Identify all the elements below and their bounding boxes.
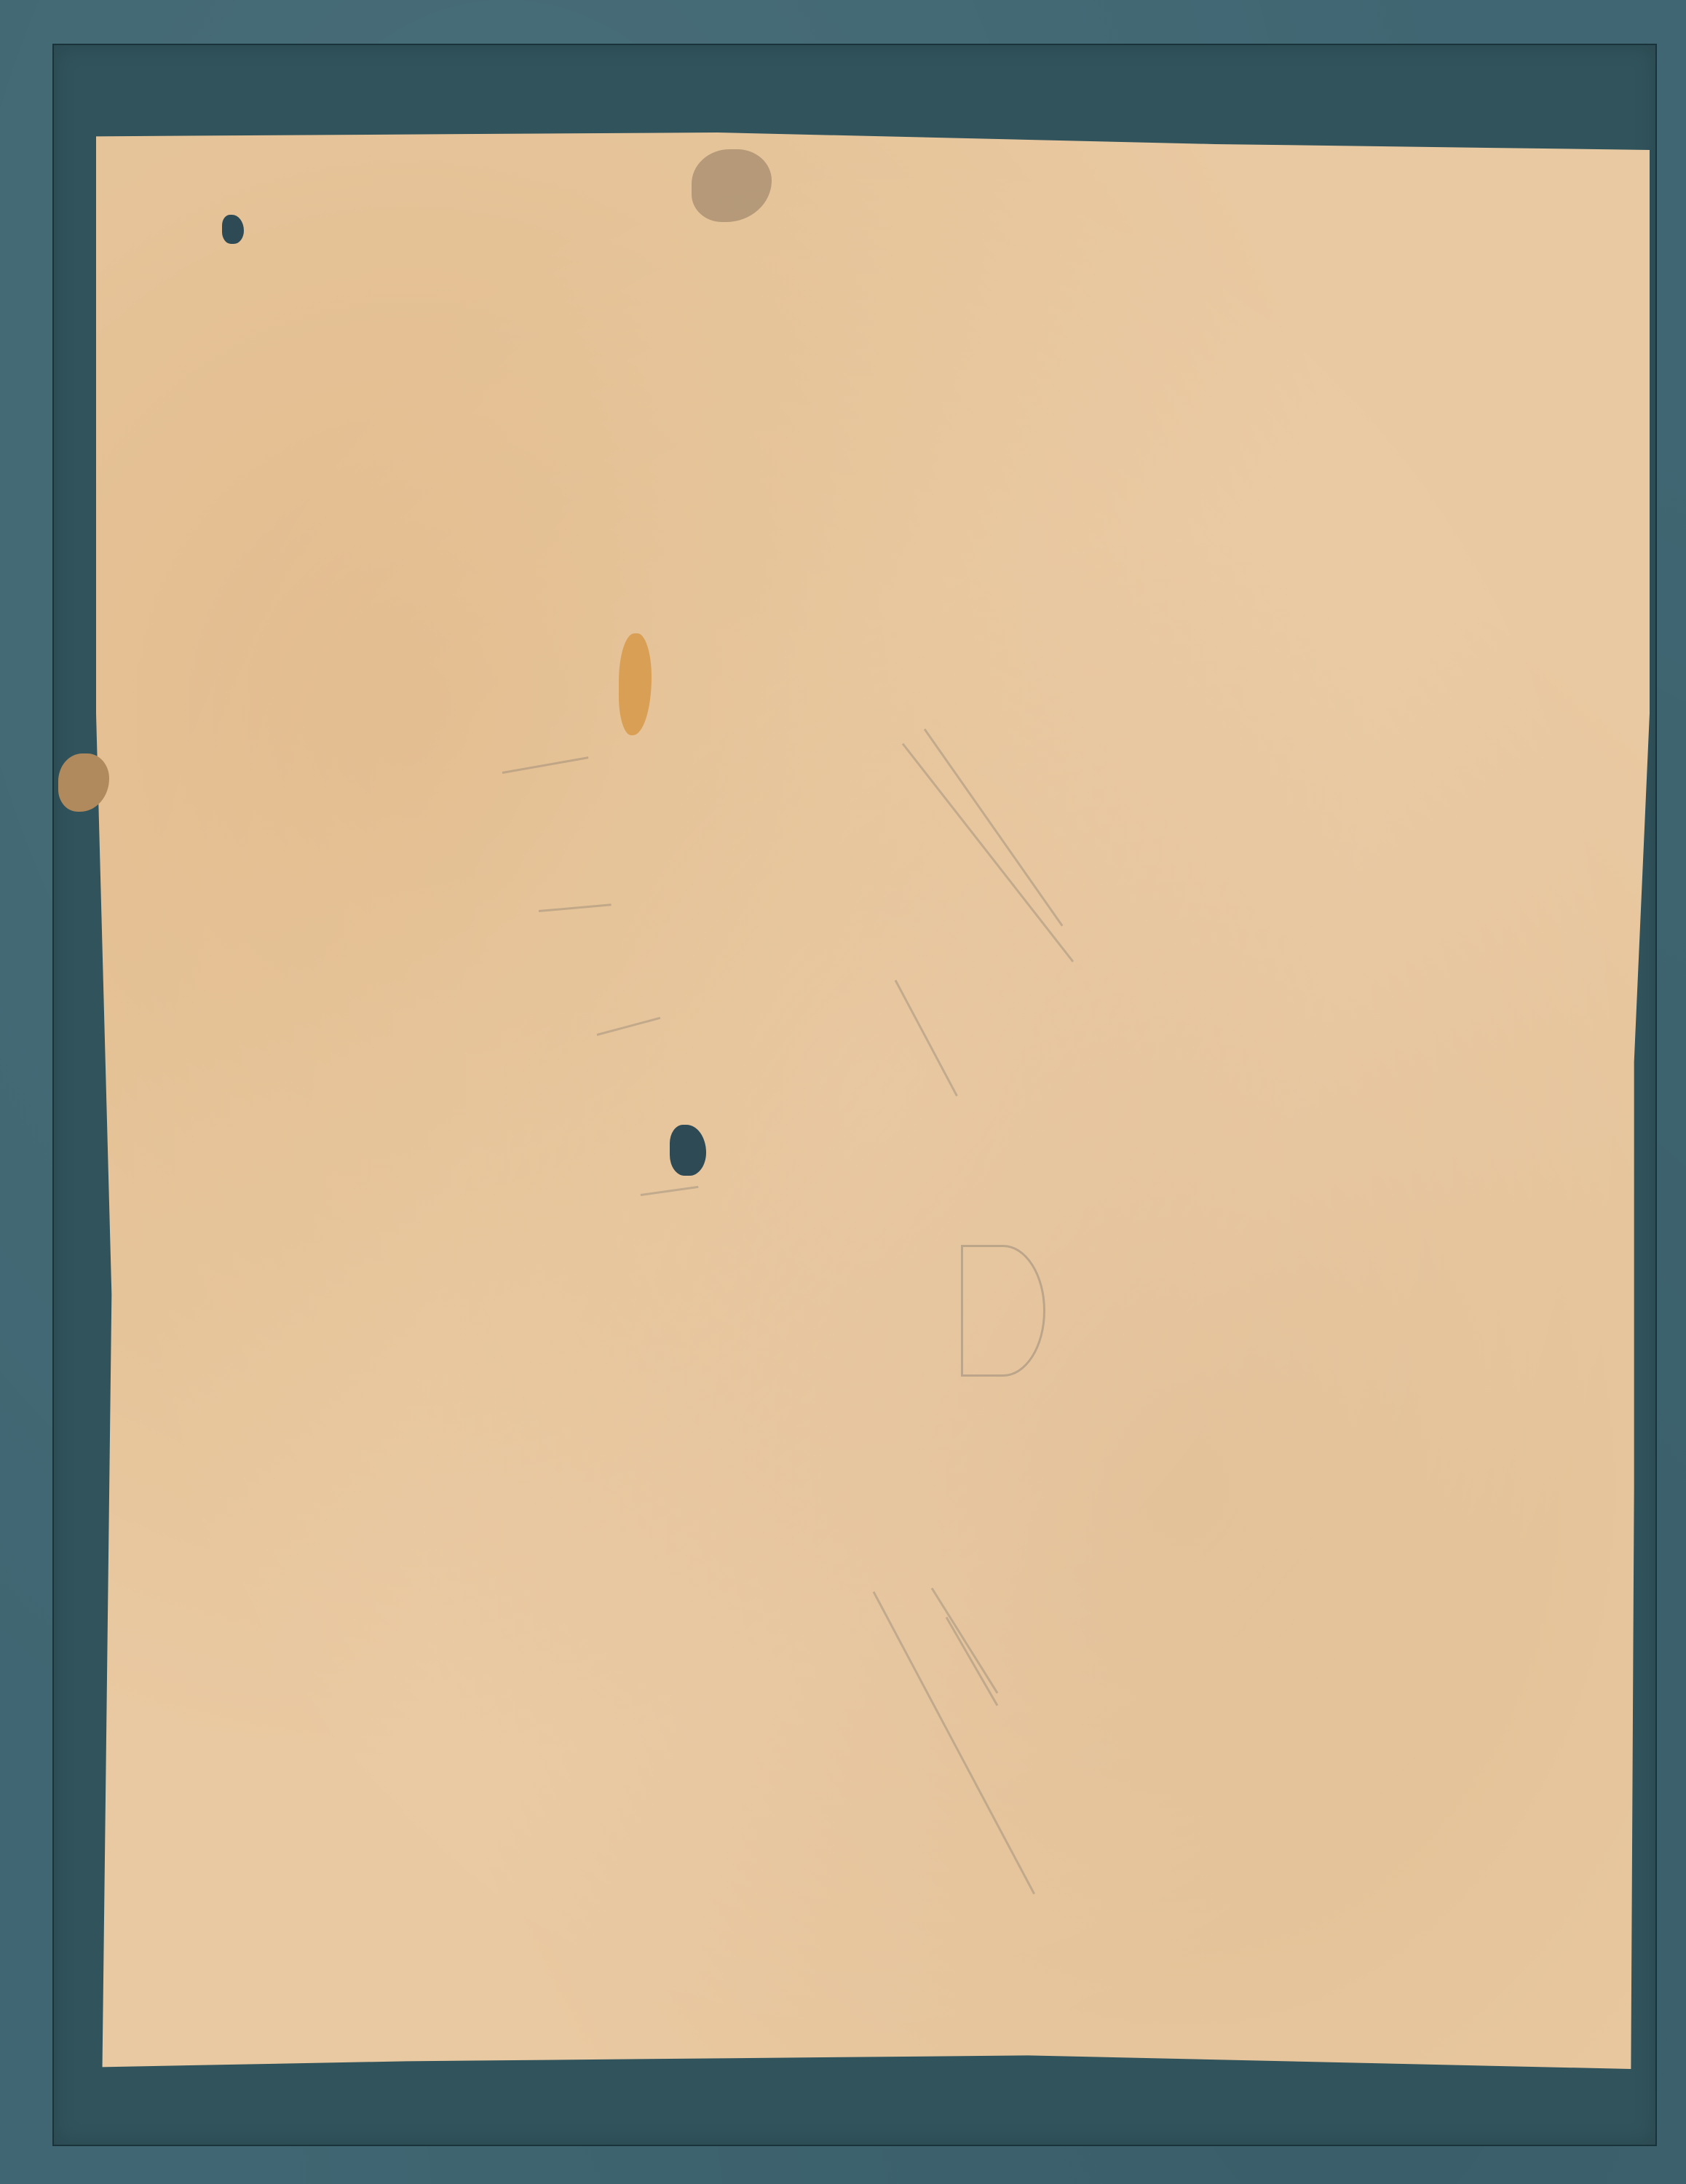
paper-sheet	[96, 132, 1650, 2069]
hole-top-left	[222, 215, 244, 244]
pencil-d-sketch	[961, 1245, 1045, 1377]
